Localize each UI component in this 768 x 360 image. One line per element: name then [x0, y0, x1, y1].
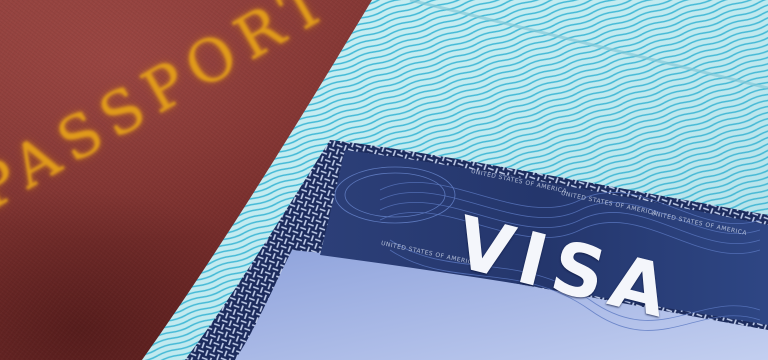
photo-scene: PASSPORT	[0, 0, 768, 360]
